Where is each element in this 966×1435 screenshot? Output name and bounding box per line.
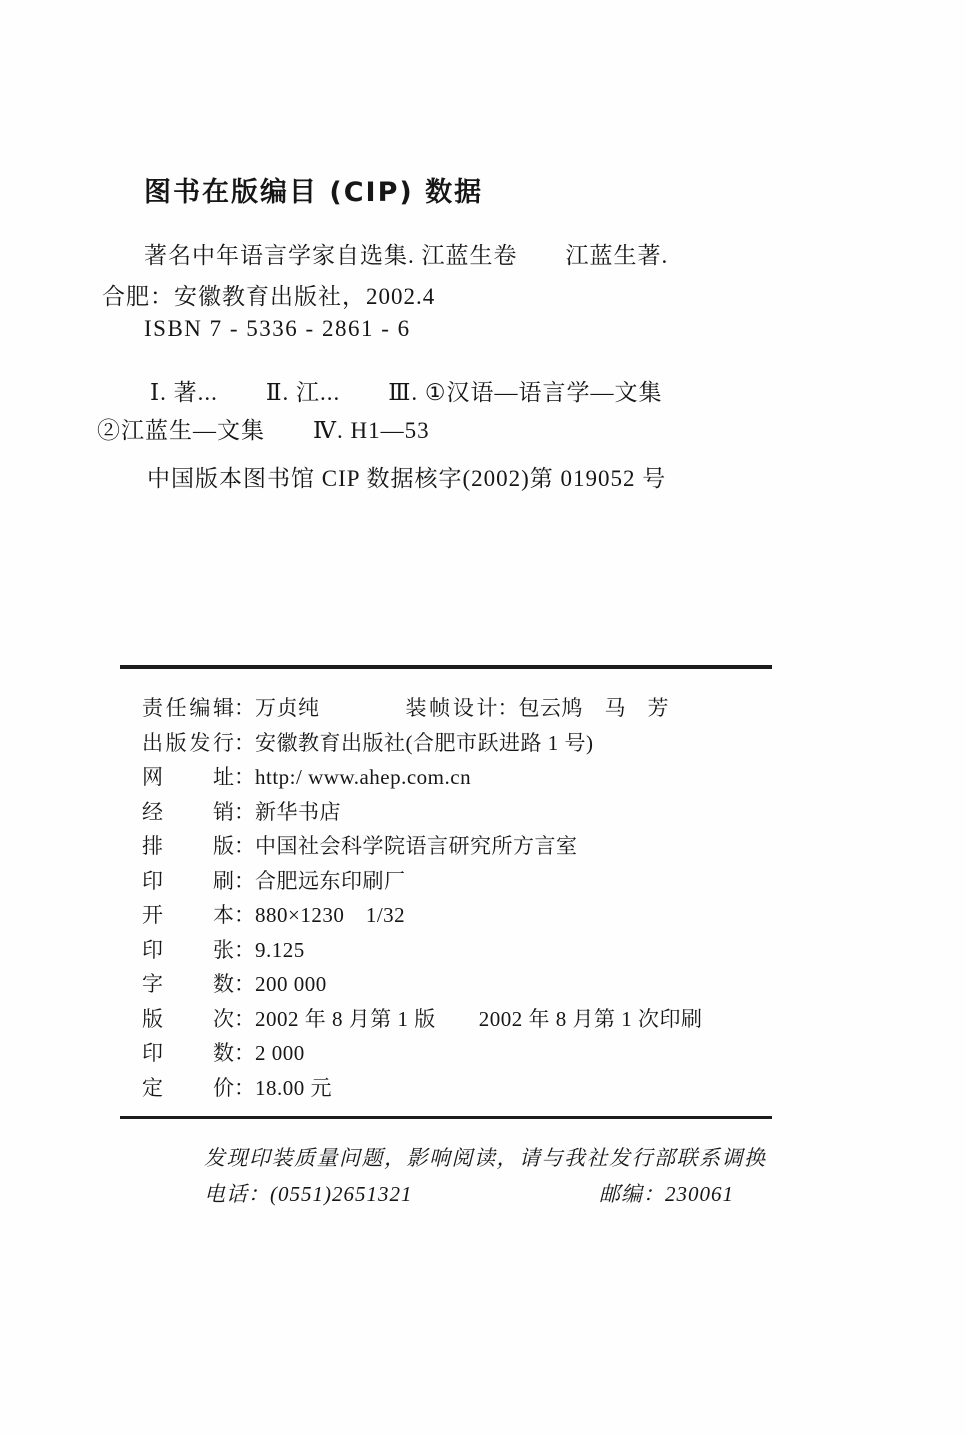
- colophon-label: 版次: [142, 1008, 234, 1030]
- colophon-value: 880×1230 1/32: [255, 904, 405, 926]
- colophon-value: 万贞纯: [255, 697, 320, 719]
- colophon-row: 网址：http:/ www.ahep.com.cn: [142, 766, 703, 788]
- publisher-line: 合肥：安徽教育出版社，2002.4: [102, 278, 435, 311]
- isbn-line: ISBN 7 - 5336 - 2861 - 6: [144, 316, 411, 342]
- colophon-row: 印张：9.125: [142, 939, 703, 961]
- colophon-row: 字数：200 000: [142, 973, 703, 995]
- phone-number: 电话：(0551)2651321: [204, 1178, 413, 1208]
- colophon-value: 18.00 元: [255, 1077, 332, 1099]
- colophon-colon: ：: [234, 1008, 255, 1030]
- colophon-value: 安徽教育出版社(合肥市跃进路 1 号): [255, 732, 594, 754]
- colophon-row: 经销：新华书店: [142, 801, 703, 823]
- divider-top-rule: [120, 665, 772, 669]
- classification-line-1: Ⅰ. 著... Ⅱ. 江... Ⅲ. ①汉语—语言学—文集: [150, 374, 663, 407]
- divider-bottom-rule: [120, 1116, 772, 1119]
- colophon-value: 9.125: [255, 939, 305, 961]
- colophon-colon: ：: [234, 697, 255, 719]
- colophon-label: 字数: [142, 973, 234, 995]
- colophon-colon: ：: [234, 766, 255, 788]
- book-title-line: 著名中年语言学家自选集. 江蓝生卷 江蓝生著.: [144, 237, 668, 270]
- colophon-label: 出版发行: [142, 732, 234, 754]
- colophon-value: 2 000: [255, 1042, 305, 1064]
- colophon-label: 印张: [142, 939, 234, 961]
- colophon-list: 责任编辑：万贞纯装帧设计：包云鸠 马 芳出版发行：安徽教育出版社(合肥市跃进路 …: [142, 697, 703, 1111]
- cip-record-number: 中国版本图书馆 CIP 数据核字(2002)第 019052 号: [147, 460, 666, 493]
- colophon-value: 新华书店: [255, 801, 341, 823]
- colophon-label: 网址: [142, 766, 234, 788]
- colophon-row: 排版：中国社会科学院语言研究所方言室: [142, 835, 703, 857]
- colophon-label: 排版: [142, 835, 234, 857]
- quality-notice: 发现印装质量问题，影响阅读，请与我社发行部联系调换: [204, 1142, 767, 1172]
- colophon-row: 印数：2 000: [142, 1042, 703, 1064]
- colophon-secondary-pair: 装帧设计：包云鸠 马 芳: [406, 697, 670, 719]
- colophon-value: 中国社会科学院语言研究所方言室: [255, 835, 578, 857]
- postal-code: 邮编：230061: [599, 1178, 734, 1208]
- colophon-row: 定价：18.00 元: [142, 1077, 703, 1099]
- cip-header-title: 图书在版编目 (CIP) 数据: [144, 170, 483, 209]
- colophon-label: 责任编辑: [142, 697, 234, 719]
- colophon-row: 开本：880×1230 1/32: [142, 904, 703, 926]
- colophon-row: 版次：2002 年 8 月第 1 版 2002 年 8 月第 1 次印刷: [142, 1008, 703, 1030]
- colophon-label: 开本: [142, 904, 234, 926]
- colophon-colon: ：: [234, 801, 255, 823]
- colophon-colon: ：: [234, 1077, 255, 1099]
- colophon-colon: ：: [234, 973, 255, 995]
- colophon-row: 出版发行：安徽教育出版社(合肥市跃进路 1 号): [142, 732, 703, 754]
- classification-line-2: ②江蓝生—文集 Ⅳ. H1—53: [97, 412, 430, 445]
- colophon-value: 包云鸠 马 芳: [519, 697, 670, 719]
- colophon-colon: ：: [498, 697, 519, 719]
- colophon-colon: ：: [234, 732, 255, 754]
- colophon-value: 200 000: [255, 973, 327, 995]
- cip-copyright-page: 图书在版编目 (CIP) 数据 著名中年语言学家自选集. 江蓝生卷 江蓝生著. …: [0, 0, 966, 1435]
- colophon-value: 2002 年 8 月第 1 版 2002 年 8 月第 1 次印刷: [255, 1008, 703, 1030]
- colophon-label: 经销: [142, 801, 234, 823]
- colophon-value: 合肥远东印刷厂: [255, 870, 406, 892]
- colophon-colon: ：: [234, 1042, 255, 1064]
- colophon-value: http:/ www.ahep.com.cn: [255, 766, 471, 788]
- colophon-colon: ：: [234, 904, 255, 926]
- colophon-colon: ：: [234, 870, 255, 892]
- colophon-label: 印数: [142, 1042, 234, 1064]
- colophon-label: 装帧设计: [406, 697, 498, 719]
- colophon-label: 印刷: [142, 870, 234, 892]
- colophon-row: 印刷：合肥远东印刷厂: [142, 870, 703, 892]
- colophon-colon: ：: [234, 939, 255, 961]
- colophon-label: 定价: [142, 1077, 234, 1099]
- colophon-row: 责任编辑：万贞纯装帧设计：包云鸠 马 芳: [142, 697, 703, 719]
- colophon-colon: ：: [234, 835, 255, 857]
